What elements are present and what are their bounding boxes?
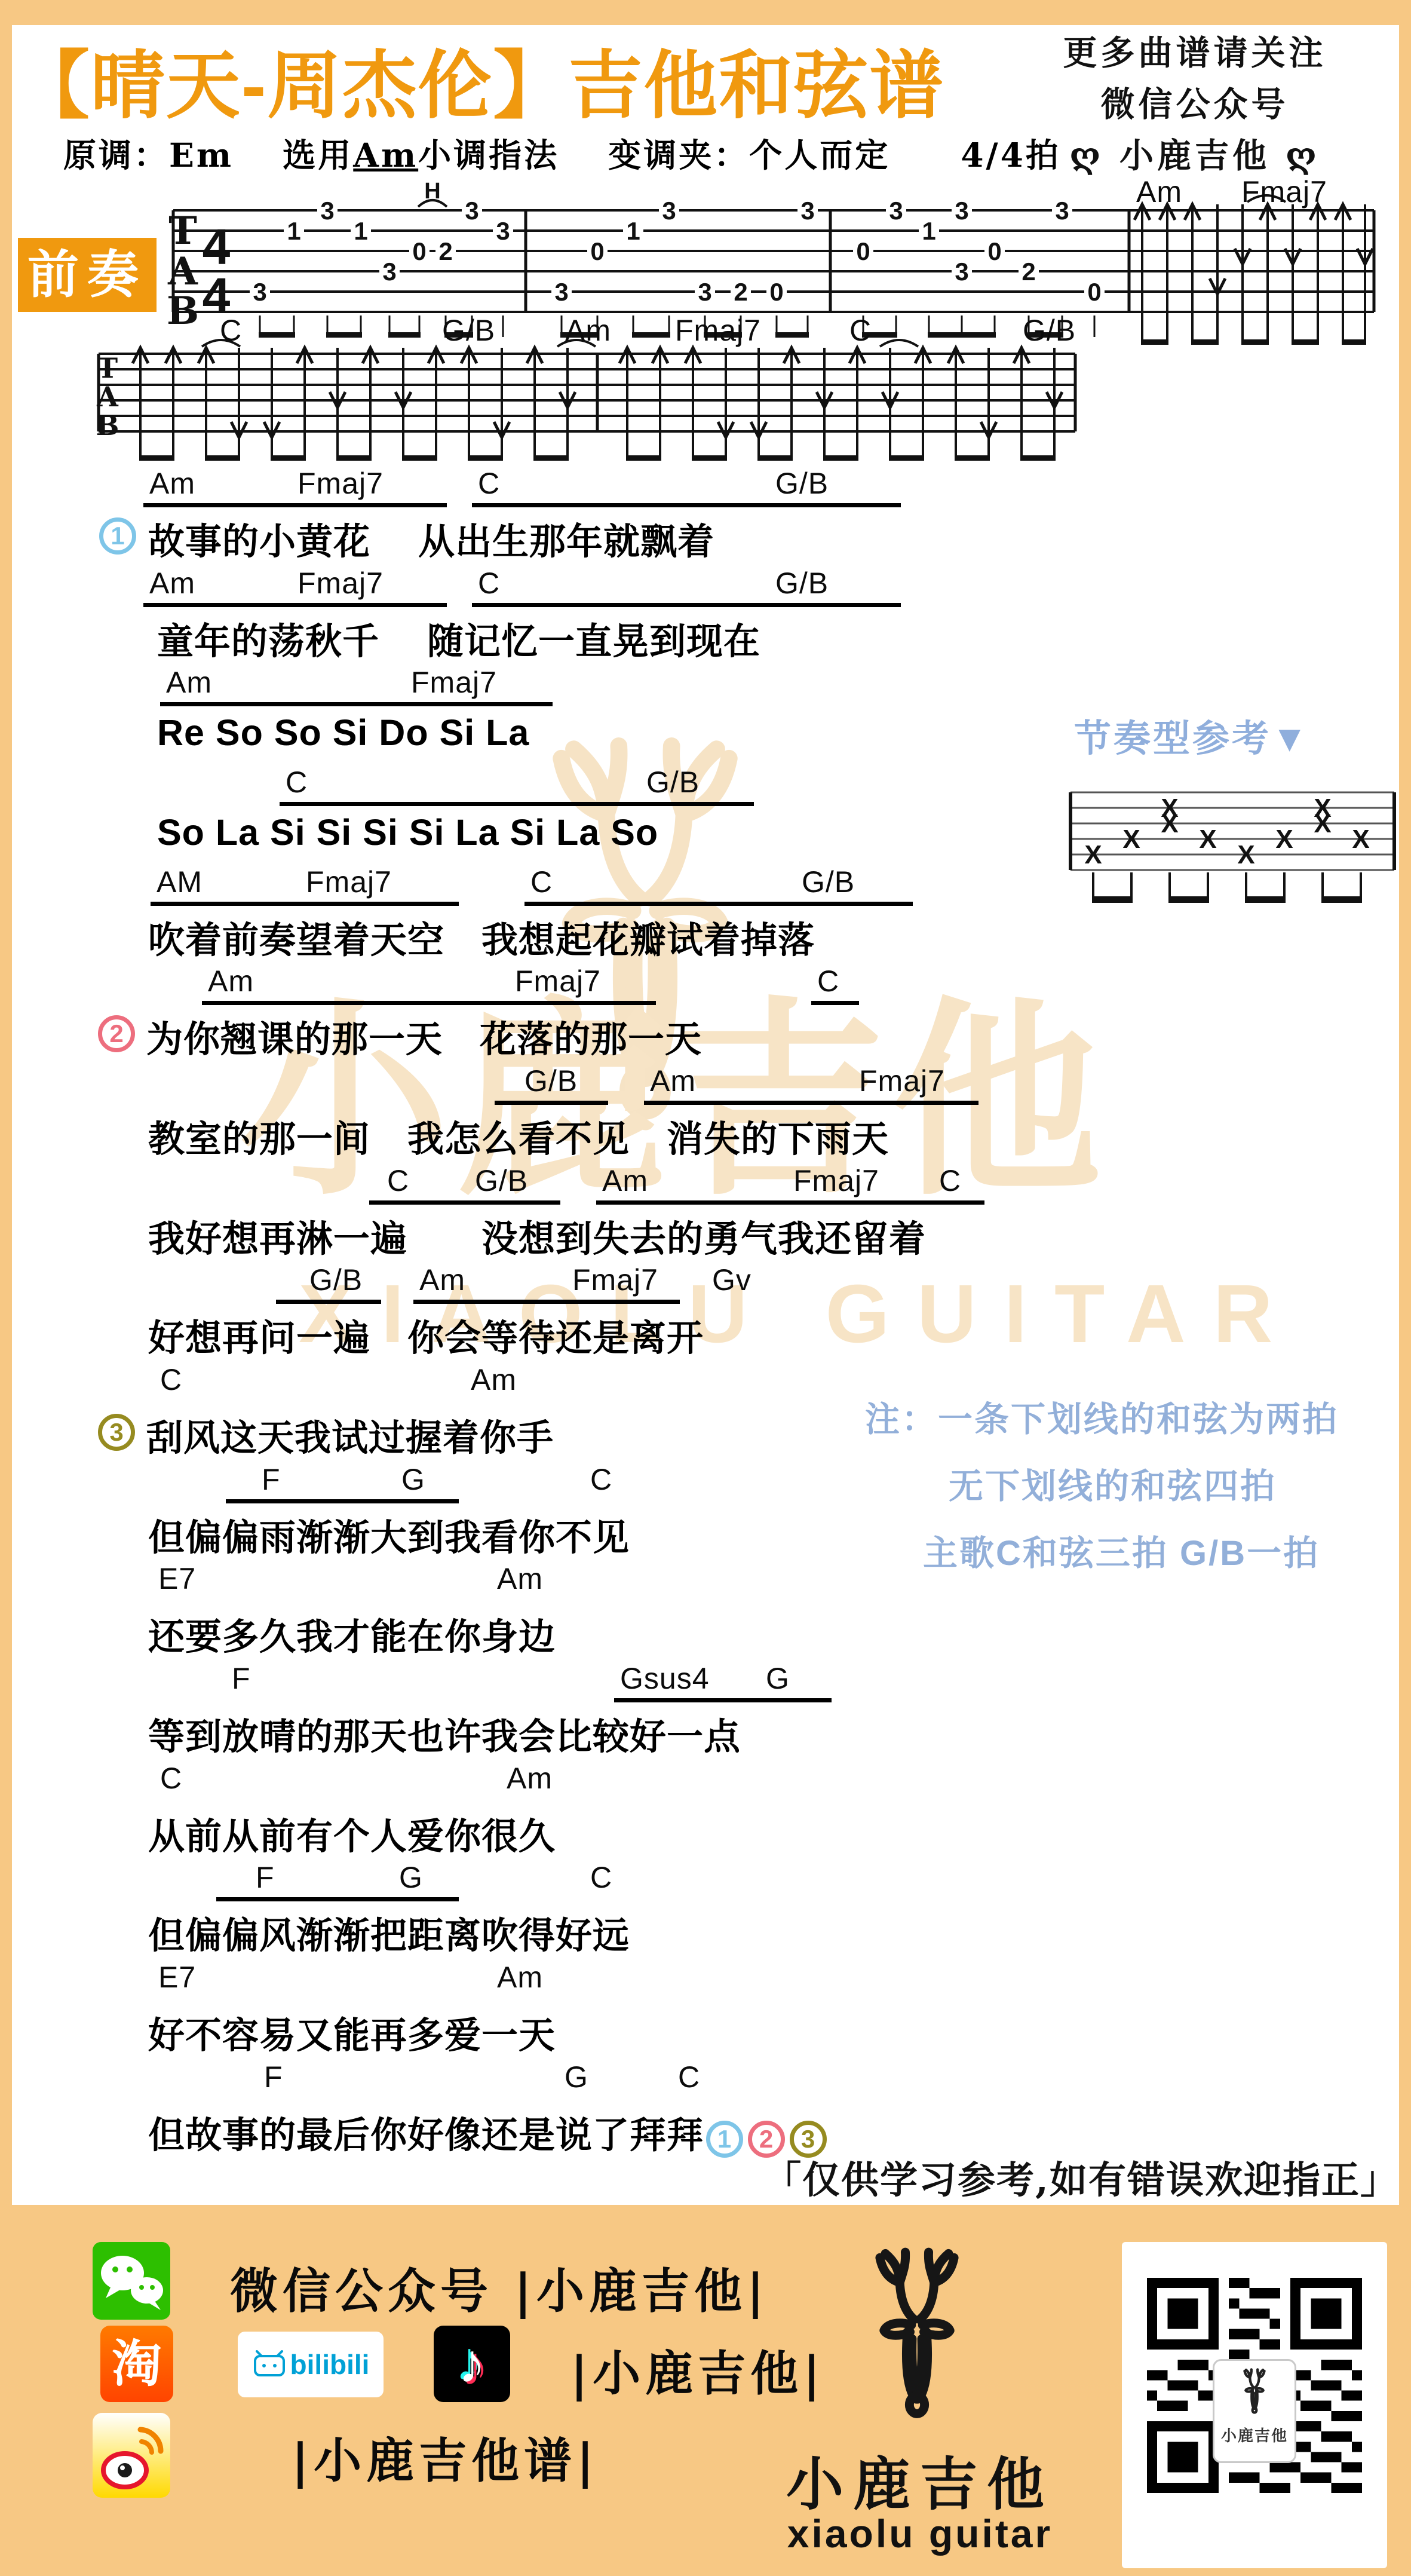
svg-text:B: B (167, 289, 199, 333)
qr-code: 小鹿吉他 (1122, 2242, 1387, 2568)
chord-label: C (387, 1163, 409, 1198)
beat-note-line: 主歌C和弦三拍 G/B一拍 (923, 1525, 1320, 1575)
chord-label: C (678, 2060, 700, 2094)
chord-label: C (849, 313, 872, 348)
svg-text:T: T (97, 352, 118, 384)
frame-top (0, 0, 1411, 25)
svg-text:3: 3 (955, 197, 968, 225)
svg-text:X: X (1237, 840, 1254, 869)
svg-text:3: 3 (382, 258, 396, 286)
disclaimer: 「仅供学习参考,如有错误欢迎指正」 (763, 2150, 1399, 2204)
chord-label: Gv (712, 1263, 751, 1297)
chord-underline (596, 1200, 984, 1205)
brand-name-cn: 小鹿吉他 (771, 2439, 1069, 2521)
chord-label: F (256, 1860, 275, 1895)
chord-label: G/B (775, 466, 829, 501)
lyric-line: 还要多久我才能在你身边 (148, 1608, 556, 1660)
svg-text:2: 2 (1022, 258, 1035, 286)
chord-label: Am (149, 566, 195, 601)
lyric-line: 但偏偏雨渐渐大到我看你不见 (148, 1509, 630, 1561)
chord-underline (280, 802, 754, 806)
lyric-line: 吹着前奏望着天空 我想起花瓣试着掉落 (148, 911, 815, 963)
svg-text:0: 0 (590, 237, 604, 265)
svg-text:A: A (96, 381, 119, 413)
lyric-line: 为你翘课的那一天 花落的那一天 (146, 1010, 702, 1062)
section-badge: 1 (706, 2121, 743, 2158)
qr-center-logo: 小鹿吉他 (1213, 2359, 1296, 2463)
svg-text:X: X (1352, 825, 1369, 854)
lyric-line: 好不容易又能再多爱一天 (148, 2007, 556, 2059)
chord-label: C (530, 865, 553, 899)
chord-underline (143, 603, 447, 607)
follow-note-line2: 微信公众号 (1010, 79, 1380, 130)
chord-label: Am (565, 313, 611, 348)
chord-label: E7 (158, 1561, 196, 1596)
chord-underline (276, 1300, 381, 1304)
chord-underline (369, 1200, 560, 1205)
lyric-line: 从前从前有个人爱你很久 (148, 1808, 556, 1860)
chord-label: G (401, 1462, 425, 1497)
chord-label: F (264, 2060, 283, 2094)
chord-label: C (939, 1163, 961, 1198)
lyric-line: 我好想再淋一遍 没想到失去的勇气我还留着 (148, 1210, 926, 1262)
chord-label: Fmaj7 (297, 566, 384, 601)
svg-text:X: X (1275, 825, 1293, 854)
chord-label: Fmaj7 (793, 1163, 879, 1198)
svg-text:0: 0 (987, 237, 1001, 265)
svg-text:3: 3 (320, 197, 334, 225)
chord-label: E7 (158, 1960, 196, 1995)
chord-label: C (478, 466, 500, 501)
chord-underline (226, 1499, 459, 1503)
lyric-line: 故事的小黄花 从出生那年就飘着 (148, 513, 714, 565)
chord-label: C (160, 1761, 182, 1796)
lyric-line: 等到放晴的那天也许我会比较好一点 (148, 1708, 741, 1760)
chord-label: G/B (475, 1163, 528, 1198)
chord-underline (644, 1101, 979, 1105)
chord-label: C (478, 566, 500, 601)
chord-label: Am (1136, 174, 1182, 209)
section-badge: 3 (98, 1414, 135, 1451)
chord-label: Gsus4 (620, 1661, 710, 1696)
chord-label: Am (471, 1362, 517, 1397)
svg-text:3: 3 (889, 197, 903, 225)
brand-deer-logo-icon (771, 2229, 1063, 2438)
chord-label: Fmaj7 (1241, 174, 1327, 209)
chord-label: C (590, 1462, 612, 1497)
follow-note-line1: 更多曲谱请关注 (1010, 27, 1380, 79)
chord-underline (413, 1300, 680, 1304)
section-badge: 1 (99, 517, 136, 555)
chord-label: Am (149, 466, 195, 501)
page-title: 【晴天-周杰伦】吉他和弦谱 (16, 26, 944, 133)
svg-text:1: 1 (354, 217, 367, 245)
chord-label: Am (497, 1561, 543, 1596)
lyric-line: 但偏偏风渐渐把距离吹得好远 (148, 1907, 630, 1959)
chord-underline (143, 503, 447, 507)
footer: 微信公众号 |小鹿吉他| 淘 bilibili ♪ ♪ ♪ |小鹿吉他| (0, 2205, 1411, 2576)
svg-text:X: X (1084, 840, 1102, 869)
svg-text:0: 0 (1087, 278, 1101, 306)
chord-label: F (262, 1462, 281, 1497)
svg-text:0: 0 (412, 237, 426, 265)
footer-wechat-text: 微信公众号 |小鹿吉他| (230, 2253, 769, 2321)
chord-label: F (232, 1661, 251, 1696)
chord-label: Am (497, 1960, 543, 1995)
svg-text:1: 1 (922, 217, 935, 245)
chord-label: Am (602, 1163, 648, 1198)
chord-label: C (286, 765, 308, 800)
chord-label: G (565, 2060, 588, 2094)
svg-text:X: X (1122, 825, 1140, 854)
chord-label: Am (650, 1064, 696, 1098)
svg-text:3: 3 (554, 278, 568, 306)
lyric-line: 刮风这天我试过握着你手 (146, 1409, 554, 1461)
svg-text:3: 3 (662, 197, 676, 225)
beat-note-line: 注：一条下划线的和弦为两拍 (865, 1391, 1339, 1441)
svg-text:X: X (1161, 809, 1178, 838)
chord-label: G/B (524, 1064, 578, 1098)
chord-label: G/B (1023, 313, 1076, 348)
chord-underline (614, 1698, 832, 1702)
svg-text:3: 3 (800, 197, 814, 225)
chord-label: Am (166, 665, 212, 700)
tiktok-icon: ♪ ♪ ♪ (434, 2326, 510, 2402)
chord-label: G/B (309, 1263, 363, 1297)
svg-text:4: 4 (203, 219, 231, 275)
bilibili-label: bilibili (290, 2348, 370, 2381)
chord-label: G/B (802, 865, 855, 899)
lyric-line: 但故事的最后你好像还是说了拜拜123 (148, 2106, 829, 2158)
chord-underline (216, 1897, 459, 1901)
svg-text:1: 1 (287, 217, 300, 245)
svg-text:3: 3 (253, 278, 266, 306)
rhythm-pattern-staff: XXXXXXXXXX (1063, 782, 1401, 925)
chord-label: G (766, 1661, 790, 1696)
lyric-line: Re So So Si Do Si La (157, 712, 529, 753)
svg-text:3: 3 (1055, 197, 1069, 225)
chord-label: C (160, 1362, 182, 1397)
svg-text:B: B (96, 409, 119, 442)
follow-note: 更多曲谱请关注 微信公众号 ღ 小鹿吉他 ღ (1010, 27, 1380, 182)
chord-label: Fmaj7 (515, 964, 601, 998)
chord-label: G/B (646, 765, 700, 800)
chord-label: AM (157, 865, 203, 899)
chord-label: C (220, 313, 242, 348)
bilibili-icon: bilibili (238, 2332, 384, 2397)
brand-name-en: xiaolu guitar (771, 2511, 1069, 2556)
chord-underline (495, 1101, 608, 1105)
svg-text:0: 0 (856, 237, 870, 265)
footer-weibo-text: |小鹿吉他谱| (292, 2422, 599, 2491)
chord-underline (151, 902, 459, 906)
svg-text:A: A (167, 249, 198, 294)
svg-text:X: X (1314, 809, 1331, 838)
svg-text:3: 3 (496, 217, 510, 245)
lyric-line: 童年的荡秋千 随记忆一直晃到现在 (157, 612, 760, 664)
rhythm-reference-label: 节奏型参考▼ (1074, 709, 1310, 762)
svg-text:2: 2 (438, 237, 452, 265)
svg-text:X: X (1199, 825, 1216, 854)
weibo-icon (93, 2413, 170, 2498)
chord-label: Am (507, 1761, 553, 1796)
qr-deer-icon (1227, 2413, 1282, 2423)
chord-label: C (590, 1860, 612, 1895)
beat-note-line: 无下划线的和弦四拍 (949, 1458, 1277, 1508)
chord-underline (524, 902, 913, 906)
svg-text:0: 0 (769, 278, 783, 306)
svg-text:3: 3 (698, 278, 711, 306)
chord-label: Fmaj7 (572, 1263, 658, 1297)
chord-label: C (817, 964, 839, 998)
section-badge: 2 (98, 1015, 135, 1052)
chord-label: Fmaj7 (411, 665, 497, 700)
chord-label: Fmaj7 (297, 466, 384, 501)
chord-underline (472, 503, 901, 507)
chord-label: Fmaj7 (306, 865, 392, 899)
svg-text:3: 3 (955, 258, 968, 286)
chord-underline (160, 702, 553, 706)
chord-underline (811, 1001, 859, 1005)
qr-caption: 小鹿吉他 (1214, 2424, 1295, 2446)
chord-label: Fmaj7 (859, 1064, 945, 1098)
svg-text:3: 3 (465, 197, 478, 225)
chord-label: G (399, 1860, 423, 1895)
taobao-icon: 淘 (100, 2326, 173, 2402)
chord-underline (202, 1001, 656, 1005)
svg-text:1: 1 (626, 217, 640, 245)
chord-label: G/B (442, 313, 495, 348)
wechat-icon (93, 2242, 170, 2320)
lyric-line: 教室的那一间 我怎么看不见 消失的下雨天 (148, 1110, 889, 1162)
chord-label: Am (208, 964, 254, 998)
chord-label: Fmaj7 (675, 313, 761, 348)
lyric-line: 好想再问一遍 你会等待还是离开 (148, 1309, 704, 1361)
chord-sheet-page: 小鹿吉他 XIAOLU GUITAR 【晴天-周杰伦】吉他和弦谱 原调：Em 选… (0, 0, 1411, 2576)
chord-label: G/B (775, 566, 829, 601)
chord-underline (472, 603, 901, 607)
svg-text:2: 2 (734, 278, 747, 306)
svg-text:T: T (168, 209, 197, 253)
chord-label: Am (419, 1263, 465, 1297)
lyric-line: So La Si Si Si Si La Si La So (157, 811, 658, 853)
